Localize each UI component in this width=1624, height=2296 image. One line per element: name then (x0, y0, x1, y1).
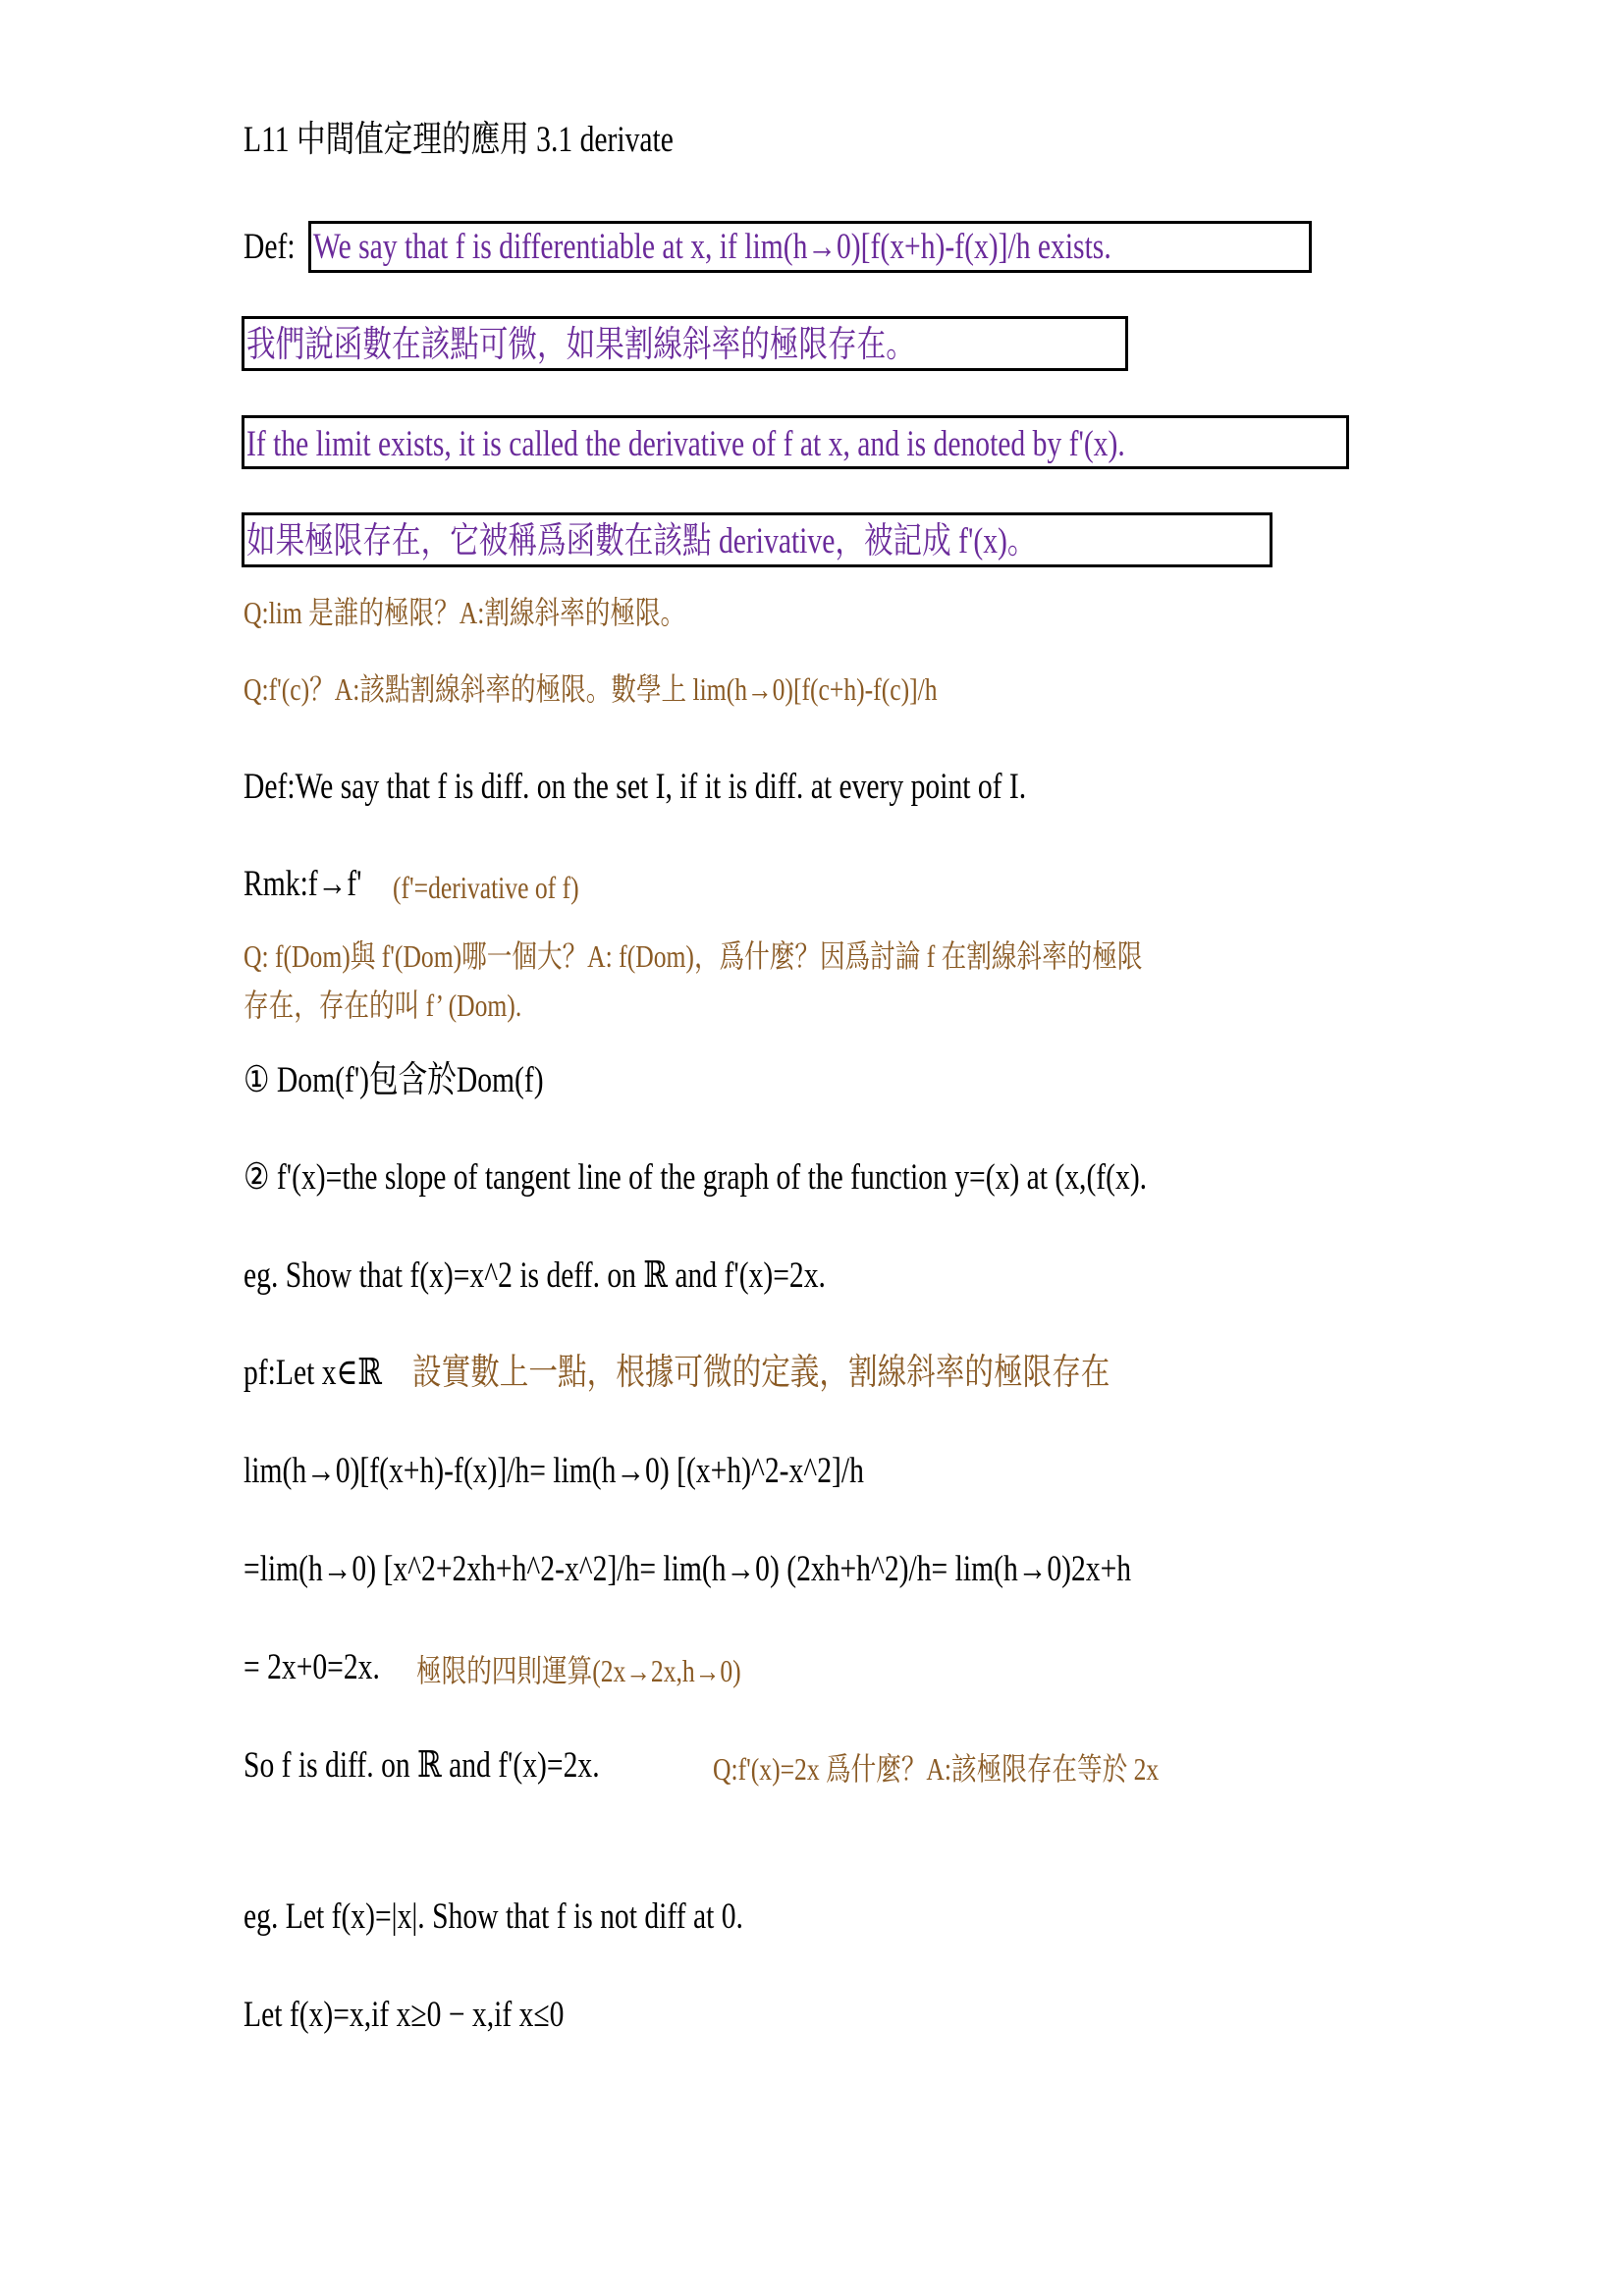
derivative-def-box: If the limit exists, it is called the de… (242, 415, 1349, 469)
qa-domain-line2: 存在，存在的叫 f’ (Dom). (244, 989, 521, 1021)
zh-def-text: 我們說函數在該點可微，如果割線斜率的極限存在。 (246, 327, 915, 363)
zh-derivative-text: 如果極限存在，它被稱爲函數在該點 derivative，被記成 f'(x)。 (246, 523, 1036, 560)
document-title: L11 中間值定理的應用 3.1 derivate (244, 122, 674, 158)
calc-line-3-main: = 2x+0=2x. (244, 1649, 380, 1685)
remark-main: Rmk:f→f' (244, 866, 361, 902)
remark-line: Rmk:f→f' (244, 866, 392, 902)
point-2: ② f'(x)=the slope of tangent line of the… (244, 1159, 1147, 1196)
conclusion-note: Q:f'(x)=2x 爲什麼？A:該極限存在等於 2x (713, 1753, 1159, 1785)
def1-label: Def: (244, 229, 296, 265)
example-1: eg. Show that f(x)=x^2 is deff. on ℝ and… (244, 1257, 826, 1294)
let-piecewise: Let f(x)=x,if x≥0 − x,if x≤0 (244, 1997, 564, 2033)
zh-def-box: 我們說函數在該點可微，如果割線斜率的極限存在。 (242, 316, 1128, 371)
qa-fprime-c: Q:f'(c)？A:該點割線斜率的極限。數學上 lim(h→0)[f(c+h)-… (244, 673, 938, 705)
def1-text: We say that f is differentiable at x, if… (313, 229, 1111, 265)
derivative-def-text: If the limit exists, it is called the de… (246, 426, 1125, 462)
remark-note: (f'=derivative of f) (393, 872, 579, 903)
def2-text: Def:We say that f is diff. on the set I,… (244, 769, 1026, 805)
calc-line-1: lim(h→0)[f(x+h)-f(x)]/h= lim(h→0) [(x+h)… (244, 1453, 864, 1489)
def1-box: We say that f is differentiable at x, if… (308, 221, 1312, 273)
example-2: eg. Let f(x)=|x|. Show that f is not dif… (244, 1898, 743, 1935)
calc-line-3-note: 極限的四則運算(2x→2x,h→0) (416, 1655, 741, 1686)
point-1: ① Dom(f')包含於Dom(f) (244, 1062, 544, 1098)
document-page: L11 中間值定理的應用 3.1 derivate Def: We say th… (0, 0, 1624, 2296)
conclusion-main: So f is diff. on ℝ and f'(x)=2x. (244, 1747, 600, 1784)
qa-domain-line1: Q: f(Dom)與 f'(Dom)哪一個大？A: f(Dom)，爲什麼？因爲討… (244, 940, 1142, 972)
calc-line-2: =lim(h→0) [x^2+2xh+h^2-x^2]/h= lim(h→0) … (244, 1551, 1131, 1587)
proof-main: pf:Let x∈ℝ (244, 1355, 382, 1391)
qa-lim: Q:lim 是誰的極限？A:割線斜率的極限。 (244, 597, 685, 628)
proof-note: 設實數上一點，根據可微的定義，割線斜率的極限存在 (412, 1355, 1110, 1391)
zh-derivative-box: 如果極限存在，它被稱爲函數在該點 derivative，被記成 f'(x)。 (242, 512, 1272, 567)
